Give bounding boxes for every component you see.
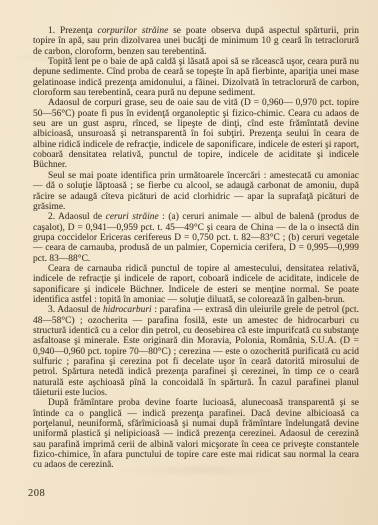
paragraph-1-lead: 1. Prezenţa bbox=[48, 26, 97, 36]
page-number: 208 bbox=[28, 488, 45, 499]
paragraph-7-italic-term: hidrocarburi bbox=[103, 305, 152, 315]
paragraph-6: Ceara de carnauba ridică punctul de topi… bbox=[33, 264, 359, 305]
paragraph-4: Seul se mai poate identifica prin următo… bbox=[33, 171, 359, 212]
paragraph-7: 3. Adaosul de hidrocarburi : parafina — … bbox=[33, 305, 359, 398]
paragraph-1-italic-term: corpurilor străine bbox=[97, 26, 168, 36]
paragraph-3: Adaosul de corpuri grase, seu de oaie sa… bbox=[33, 98, 359, 170]
paragraph-5-italic-term: ceruri străine bbox=[106, 212, 159, 222]
body-text: 1. Prezenţa corpurilor străine se poate … bbox=[33, 26, 359, 471]
book-page: 1. Prezenţa corpurilor străine se poate … bbox=[0, 0, 378, 525]
paragraph-2: Topită lent pe o baie de apă caldă şi lă… bbox=[33, 57, 359, 98]
paragraph-8: După frămîntare proba devine foarte luci… bbox=[33, 398, 359, 470]
paragraph-5: 2. Adaosul de ceruri străine : (a) cerur… bbox=[33, 212, 359, 264]
paragraph-7-rest: : parafina — extrasă din uleiurile grele… bbox=[33, 305, 359, 398]
paragraph-1: 1. Prezenţa corpurilor străine se poate … bbox=[33, 26, 359, 57]
paragraph-5-lead: 2. Adaosul de bbox=[48, 212, 106, 222]
paragraph-7-lead: 3. Adaosul de bbox=[48, 305, 103, 315]
